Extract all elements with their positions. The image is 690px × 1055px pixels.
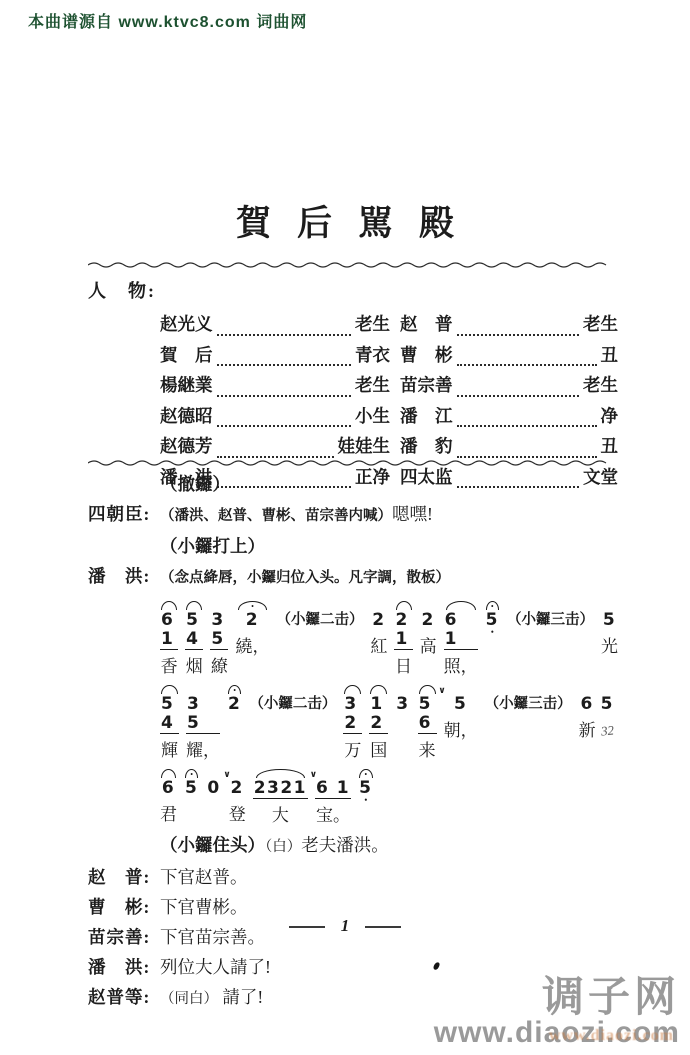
gong-cue-text: （小鑼三击） [485,695,572,714]
cast-column-right: 赵 普老生 曹 彬丑 苗宗善老生 潘 江净 潘 豹丑 四太监文堂 [400,311,618,494]
cast-role: 老生 [583,372,618,397]
lyric-syllable: 繚 [211,656,228,678]
note-group: 3 [395,695,410,714]
note-group: 3 5 [210,611,228,650]
jianpu-line: 6君•5∨02登∨2321大6 1宝。•5• [160,766,622,831]
lyric-syllable: 国 [370,740,387,762]
music-unit: 2 1日 [394,598,412,678]
lyric-syllable: 高 [420,636,437,658]
note-group: 0 [206,779,221,798]
speaker-label: 曹 彬: [88,897,160,917]
note-group: 2 [245,611,260,630]
stage-direction: （小鑼打上） [160,536,622,556]
dot-leader [217,334,352,336]
cast-name: 赵光义 [160,311,213,336]
note-group: 5 [453,695,468,714]
cast-row: 赵光义老生 [160,311,390,342]
lyric-syllable: 万 [344,740,361,762]
music-unit: 5朝， [444,682,478,742]
lyric-syllable: 宝。 [316,805,350,827]
cast-role: 丑 [601,342,619,367]
cast-row: 潘 江净 [400,403,618,434]
lyric-syllable: 登 [229,804,246,826]
cast-role: 娃娃生 [338,433,391,458]
note-group: 2321 [253,779,308,799]
lyric-syllable: 君 [160,804,177,826]
note-group: 5 4 [160,695,179,734]
speech-marker: （同白） [160,991,218,1007]
music-unit: 3 [395,682,410,742]
speaker-label: 四朝臣: [88,504,160,526]
cast-header: 人 物: [88,277,618,303]
cast-row: 苗宗善老生 [400,372,618,403]
jianpu-line: 6 1香5 4烟3 5繚•2繞，（小鑼二击）2紅2 1日2高6 1照，•5•（小… [160,598,622,678]
wavy-divider [88,260,618,268]
cast-name: 潘 江 [400,403,453,428]
dialogue-text: 請了! [222,987,263,1007]
music-unit: 3 5耀， [186,682,220,762]
speaker-label: 潘 洪: [88,566,160,588]
dialogue-row: 赵 普: 下官赵普。 [88,867,622,887]
lyric-syllable: 香 [161,656,178,678]
music-unit: ∨5 6来 [418,682,437,762]
cast-role: 小生 [355,403,390,428]
note-group: 2 [420,611,435,630]
note-group: 5 [600,695,615,714]
stage-direction-row: （撤鑼） [88,474,622,494]
music-unit: 5光 [601,598,618,658]
music-unit: 6新 [579,682,596,742]
page-title: 賀后駡殿 [0,196,690,246]
cast-row: 楊継業老生 [160,372,390,403]
lyric-syllable: 烟 [186,656,203,678]
lyric-syllable: 紅 [370,636,387,658]
music-row: 6君•5∨02登∨2321大6 1宝。•5• [88,766,622,831]
cast-list: 赵光义老生 賀 后青衣 楊継業老生 赵德昭小生 赵德芳娃娃生 潘 洪正净 赵 普… [88,311,618,494]
cast-name: 赵 普 [400,311,453,336]
cast-role: 老生 [583,311,618,336]
inline-direction: （念点絳唇，小鑼归位入头。凡字調，散板） [160,570,450,586]
note-group: 6 1 [160,611,178,650]
note-group: 6 [161,779,176,798]
dot-leader [457,395,580,397]
script-section: （撤鑼） 四朝臣: （潘洪、赵普、曹彬、苗宗善内喊）嗯嘿! （小鑼打上） 潘 洪… [88,474,622,1019]
note-group: 6 [579,695,594,714]
music-unit: •5 [184,766,199,826]
music-unit: •2 [227,682,242,742]
gong-direction: （小鑼三击） [485,682,572,742]
speech-marker: （白） [265,839,301,855]
speaker-label: 潘 洪: [88,957,160,977]
dot-leader [217,395,352,397]
lyric-syllable: 32 [600,719,615,742]
dialogue-row: 四朝臣: （潘洪、赵普、曹彬、苗宗善内喊）嗯嘿! [88,504,622,526]
note-group: 3 5 [186,695,220,734]
score-page: 本曲谱源自 www.ktvc8.com 词曲网 賀后駡殿 人 物: 赵光义老生 … [0,0,690,1055]
cast-name: 賀 后 [160,342,213,367]
cast-role: 青衣 [355,342,390,367]
music-unit: ∨2321大 [253,766,308,827]
cast-role: 丑 [601,433,619,458]
inline-direction: （潘洪、赵普、曹彬、苗宗善内喊） [160,508,392,524]
wavy-divider [88,458,618,466]
note-group: 5 [184,779,199,798]
lyric-syllable: 朝， [444,720,478,742]
music-unit: 6君 [160,766,177,826]
note-group: 5 6 [418,695,437,734]
site-watermark-ghost: www.diaozi.com [549,1027,674,1045]
music-row: 5 4輝3 5耀，•2（小鑼二击）3 2万1 2国3∨5 6来5朝，（小鑼三击）… [88,682,622,762]
gong-cue-text: （小鑼二击） [276,611,363,630]
page-number-dash [289,926,325,928]
gong-direction: （小鑼二击） [276,598,363,658]
cast-row: 赵 普老生 [400,311,618,342]
music-unit: 2紅 [370,598,387,658]
music-unit: 6 1香 [160,598,178,678]
cast-name: 楊継業 [160,372,213,397]
lyric-syllable: 照， [444,656,478,678]
stage-direction: （撤鑼） [160,474,622,494]
dot-leader [217,425,352,427]
page-number-dash [365,926,401,928]
dot-leader [457,425,597,427]
music-unit: 3 2万 [343,682,362,762]
stage-direction-row: （小鑼住头）（白）老夫潘洪。 [88,835,622,857]
cast-role: 老生 [355,311,390,336]
gong-cue-text: （小鑼二击） [249,695,336,714]
dot-leader [457,364,597,366]
music-unit: 5 4輝 [160,682,179,762]
dialogue-row: 曹 彬: 下官曹彬。 [88,897,622,917]
lyric-syllable: 耀， [186,740,220,762]
note-group: 5 4 [185,611,203,650]
cast-column-left: 赵光义老生 賀 后青衣 楊継業老生 赵德昭小生 赵德芳娃娃生 潘 洪正净 [88,311,390,494]
cast-row: 曹 彬丑 [400,342,618,373]
lyric-syllable: 光 [601,636,618,658]
music-unit: •5• [485,598,500,663]
gong-cue-text: （小鑼三击） [507,611,594,630]
cast-name: 曹 彬 [400,342,453,367]
gong-cue: （小鑼住头） [160,835,265,855]
lyric-syllable: 新 [579,720,596,742]
music-unit: 2登 [229,766,246,826]
music-unit: ∨0 [206,766,221,826]
note-group: 6 1 [444,611,478,650]
music-unit: 532 [600,682,615,742]
lyric-syllable: 大 [272,805,289,827]
cast-name: 苗宗善 [400,372,453,397]
cast-role: 老生 [355,372,390,397]
dialogue-row: 潘 洪: （念点絳唇，小鑼归位入头。凡字調，散板） [88,566,622,588]
dot-leader [457,334,580,336]
music-unit: •2繞， [235,598,269,658]
dialogue-text: 老夫潘洪。 [301,835,389,855]
gong-direction: （小鑼三击） [507,598,594,658]
dialogue-text: 下官赵普。 [160,867,622,887]
gong-direction: （小鑼二击） [249,682,336,742]
note-group: 6 1 [315,779,351,799]
note-group: 2 [227,695,242,714]
cast-row: 賀 后青衣 [160,342,390,373]
speaker-label: 赵 普: [88,867,160,887]
dialogue-text: 嗯嘿! [392,504,433,524]
cast-name: 赵德昭 [160,403,213,428]
cast-role: 净 [601,403,619,428]
lyric-syllable: 来 [419,740,436,762]
jianpu-line: 5 4輝3 5耀，•2（小鑼二击）3 2万1 2国3∨5 6来5朝，（小鑼三击）… [160,682,622,762]
music-unit: 5 4烟 [185,598,203,678]
site-watermark-name: 调子网 [434,976,680,1019]
music-unit: 2高 [420,598,437,658]
cast-name: 潘 豹 [400,433,453,458]
speaker-label: 赵普等: [88,987,160,1009]
cast-row: 赵德昭小生 [160,403,390,434]
note-group: 1 2 [369,695,388,734]
cast-name: 赵德芳 [160,433,213,458]
note-group: 2 [371,611,386,630]
dot-leader [217,364,352,366]
lyric-syllable: 繞， [235,636,269,658]
stage-direction-row: （小鑼打上） [88,536,622,556]
page-number: 1 [0,916,690,936]
music-unit: 3 5繚 [210,598,228,678]
note-group: 2 [230,779,245,798]
music-unit: 6 1宝。 [315,766,351,827]
lyric-syllable: 輝 [161,740,178,762]
note-group: 5 [602,611,617,630]
lyric-syllable: 日 [395,656,412,678]
note-group: 2 1 [394,611,412,650]
music-unit: 1 2国 [369,682,388,762]
page-number-value: 1 [341,916,350,935]
music-unit: 6 1照， [444,598,478,678]
music-unit: •5• [358,766,373,831]
source-watermark: 本曲谱源自 www.ktvc8.com 词曲网 [28,9,307,32]
dialogue-text: 下官曹彬。 [160,897,622,917]
note-group: 3 2 [343,695,362,734]
music-row: 6 1香5 4烟3 5繚•2繞，（小鑼二击）2紅2 1日2高6 1照，•5•（小… [88,598,622,678]
